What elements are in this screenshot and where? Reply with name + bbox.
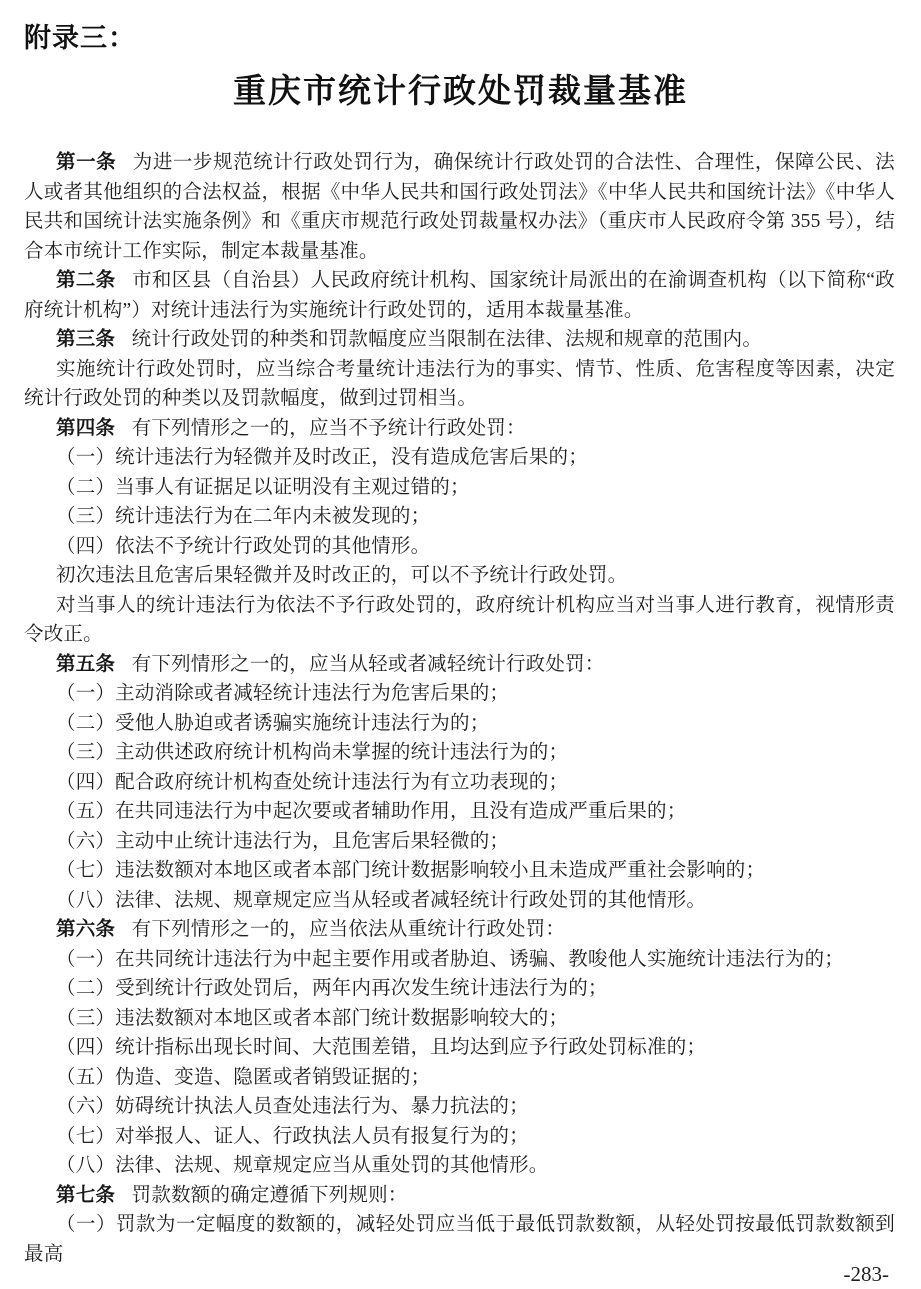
paragraph-text: （七）对举报人、证人、行政执法人员有报复行为的；	[56, 1126, 529, 1147]
paragraph-text: （八）法律、法规、规章规定应当从重处罚的其他情形。	[56, 1155, 549, 1176]
paragraph-text: （四）配合政府统计机构查处统计违法行为有立功表现的；	[56, 772, 568, 793]
paragraph: 初次违法且危害后果轻微并及时改正的，可以不予统计行政处罚。	[24, 561, 895, 591]
paragraph: （三）统计违法行为在二年内未被发现的；	[24, 502, 895, 532]
paragraph: 第六条有下列情形之一的，应当依法从重统计行政处罚：	[24, 915, 895, 945]
paragraph: （二）当事人有证据足以证明没有主观过错的；	[24, 473, 895, 503]
paragraph: （八）法律、法规、规章规定应当从轻或者减轻统计行政处罚的其他情形。	[24, 886, 895, 916]
paragraph-text: （二）受到统计行政处罚后，两年内再次发生统计违法行为的；	[56, 978, 608, 999]
appendix-label: 附录三：	[24, 24, 921, 53]
paragraph-text: （三）违法数额对本地区或者本部门统计数据影响较大的；	[56, 1008, 568, 1029]
paragraph-text: （三）主动供述政府统计机构尚未掌握的统计违法行为的；	[56, 742, 568, 763]
paragraph: （一）在共同统计违法行为中起主要作用或者胁迫、诱骗、教唆他人实施统计违法行为的；	[24, 945, 895, 975]
paragraph: （五）伪造、变造、隐匿或者销毁证据的；	[24, 1063, 895, 1093]
paragraph-text: （四）依法不予统计行政处罚的其他情形。	[56, 536, 430, 557]
paragraph-text: 有下列情形之一的，应当不予统计行政处罚：	[132, 418, 526, 439]
paragraph: （七）对举报人、证人、行政执法人员有报复行为的；	[24, 1122, 895, 1152]
paragraph: （七）违法数额对本地区或者本部门统计数据影响较小且未造成严重社会影响的；	[24, 856, 895, 886]
paragraph-text: 实施统计行政处罚时，应当综合考量统计违法行为的事实、情节、性质、危害程度等因素，…	[24, 359, 895, 410]
article-label: 第五条	[56, 653, 115, 675]
paragraph: 第四条有下列情形之一的，应当不予统计行政处罚：	[24, 414, 895, 444]
paragraph: 第五条有下列情形之一的，应当从轻或者减轻统计行政处罚：	[24, 650, 895, 680]
paragraph-text: （五）伪造、变造、隐匿或者销毁证据的；	[56, 1067, 430, 1088]
paragraph-text: （四）统计指标出现长时间、大范围差错，且均达到应予行政处罚标准的；	[56, 1037, 706, 1058]
paragraph-text: （一）统计违法行为轻微并及时改正，没有造成危害后果的；	[56, 447, 588, 468]
paragraph-text: （七）违法数额对本地区或者本部门统计数据影响较小且未造成严重社会影响的；	[56, 860, 765, 881]
document-title: 重庆市统计行政处罚裁量基准	[0, 74, 921, 108]
article-label: 第七条	[56, 1184, 115, 1206]
article-label: 第四条	[56, 417, 115, 439]
paragraph: 第七条罚款数额的确定遵循下列规则：	[24, 1181, 895, 1211]
paragraph: （二）受到统计行政处罚后，两年内再次发生统计违法行为的；	[24, 974, 895, 1004]
paragraph: （八）法律、法规、规章规定应当从重处罚的其他情形。	[24, 1151, 895, 1181]
paragraph: （一）罚款为一定幅度的数额的，减轻处罚应当低于最低罚款数额，从轻处罚按最低罚款数…	[24, 1210, 895, 1269]
paragraph-text: 对当事人的统计违法行为依法不予行政处罚的，政府统计机构应当对当事人进行教育，视情…	[24, 595, 895, 646]
page-number: -283-	[844, 1262, 890, 1286]
paragraph: （四）配合政府统计机构查处统计违法行为有立功表现的；	[24, 768, 895, 798]
paragraph: （三）违法数额对本地区或者本部门统计数据影响较大的；	[24, 1004, 895, 1034]
paragraph: 第一条为进一步规范统计行政处罚行为，确保统计行政处罚的合法性、合理性，保障公民、…	[24, 148, 895, 266]
paragraph: 对当事人的统计违法行为依法不予行政处罚的，政府统计机构应当对当事人进行教育，视情…	[24, 591, 895, 650]
paragraph-text: 有下列情形之一的，应当从轻或者减轻统计行政处罚：	[132, 654, 605, 675]
article-label: 第六条	[56, 918, 115, 940]
paragraph-text: （八）法律、法规、规章规定应当从轻或者减轻统计行政处罚的其他情形。	[56, 890, 706, 911]
article-label: 第三条	[56, 328, 115, 350]
article-label: 第二条	[56, 269, 116, 291]
paragraph: （六）主动中止统计违法行为，且危害后果轻微的；	[24, 827, 895, 857]
paragraph: （三）主动供述政府统计机构尚未掌握的统计违法行为的；	[24, 738, 895, 768]
article-label: 第一条	[56, 151, 116, 173]
paragraph-text: 为进一步规范统计行政处罚行为，确保统计行政处罚的合法性、合理性，保障公民、法人或…	[24, 152, 895, 262]
paragraph: （四）统计指标出现长时间、大范围差错，且均达到应予行政处罚标准的；	[24, 1033, 895, 1063]
paragraph-text: 罚款数额的确定遵循下列规则：	[132, 1185, 408, 1206]
paragraph-text: （六）妨碍统计执法人员查处违法行为、暴力抗法的；	[56, 1096, 529, 1117]
paragraph-text: 有下列情形之一的，应当依法从重统计行政处罚：	[132, 919, 565, 940]
paragraph: 第二条市和区县（自治县）人民政府统计机构、国家统计局派出的在渝调查机构（以下简称…	[24, 266, 895, 325]
paragraph: （六）妨碍统计执法人员查处违法行为、暴力抗法的；	[24, 1092, 895, 1122]
paragraph-text: （一）罚款为一定幅度的数额的，减轻处罚应当低于最低罚款数额，从轻处罚按最低罚款数…	[24, 1214, 895, 1265]
paragraph-text: （五）在共同违法行为中起次要或者辅助作用，且没有造成严重后果的；	[56, 801, 686, 822]
paragraph-text: （一）主动消除或者减轻统计违法行为危害后果的；	[56, 683, 509, 704]
paragraph-text: （二）受他人胁迫或者诱骗实施统计违法行为的；	[56, 713, 489, 734]
paragraph-text: 初次违法且危害后果轻微并及时改正的，可以不予统计行政处罚。	[56, 565, 627, 586]
paragraph: （一）主动消除或者减轻统计违法行为危害后果的；	[24, 679, 895, 709]
paragraph-text: （一）在共同统计违法行为中起主要作用或者胁迫、诱骗、教唆他人实施统计违法行为的；	[56, 949, 844, 970]
paragraph-text: （三）统计违法行为在二年内未被发现的；	[56, 506, 430, 527]
paragraph: （一）统计违法行为轻微并及时改正，没有造成危害后果的；	[24, 443, 895, 473]
paragraph: （二）受他人胁迫或者诱骗实施统计违法行为的；	[24, 709, 895, 739]
paragraph: 实施统计行政处罚时，应当综合考量统计违法行为的事实、情节、性质、危害程度等因素，…	[24, 355, 895, 414]
document-page: 附录三： 重庆市统计行政处罚裁量基准 第一条为进一步规范统计行政处罚行为，确保统…	[0, 0, 921, 1289]
paragraph: （四）依法不予统计行政处罚的其他情形。	[24, 532, 895, 562]
paragraph-text: 统计行政处罚的种类和罚款幅度应当限制在法律、法规和规章的范围内。	[132, 329, 762, 350]
paragraph: 第三条统计行政处罚的种类和罚款幅度应当限制在法律、法规和规章的范围内。	[24, 325, 895, 355]
document-body: 第一条为进一步规范统计行政处罚行为，确保统计行政处罚的合法性、合理性，保障公民、…	[24, 148, 895, 1269]
paragraph-text: （二）当事人有证据足以证明没有主观过错的；	[56, 477, 470, 498]
paragraph-text: 市和区县（自治县）人民政府统计机构、国家统计局派出的在渝调查机构（以下简称“政府…	[24, 270, 895, 321]
paragraph: （五）在共同违法行为中起次要或者辅助作用，且没有造成严重后果的；	[24, 797, 895, 827]
paragraph-text: （六）主动中止统计违法行为，且危害后果轻微的；	[56, 831, 509, 852]
